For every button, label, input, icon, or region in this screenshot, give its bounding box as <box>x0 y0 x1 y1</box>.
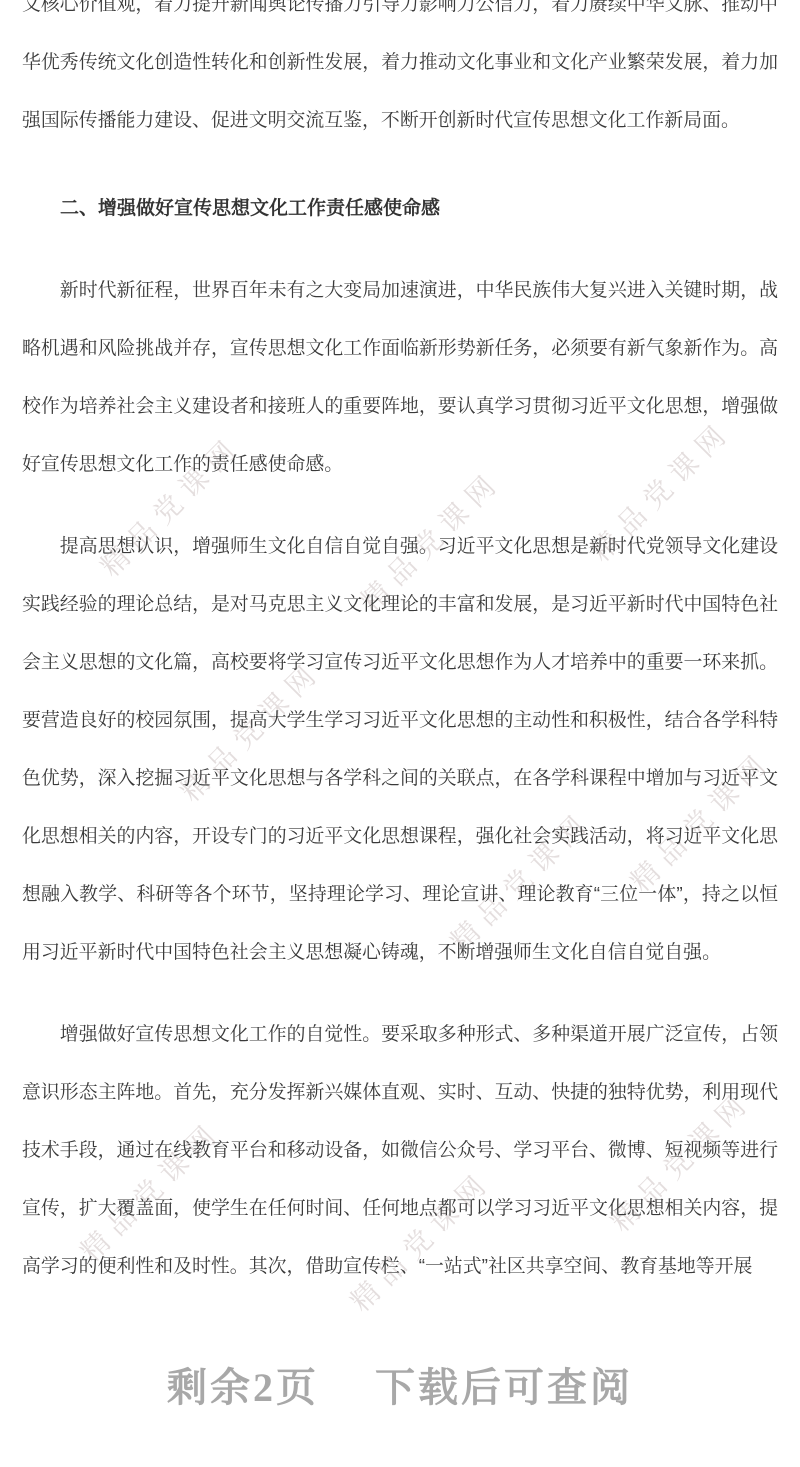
paragraph: 新时代新征程，世界百年未有之大变局加速演进，中华民族伟大复兴进入关键时期，战略机… <box>22 262 778 494</box>
download-hint-label: 下载后可查阅 <box>375 1365 633 1410</box>
preview-footer: 剩余2页下载后可查阅 <box>0 1362 800 1414</box>
paragraph: 提高思想认识，增强师生文化自信自觉自强。习近平文化思想是新时代党领导文化建设实践… <box>22 518 778 982</box>
paragraph: 增强做好宣传思想文化工作的自觉性。要采取多种形式、多种渠道开展广泛宣传，占领意识… <box>22 1006 778 1296</box>
paragraph-continued: 文核心价值观，着力提升新闻舆论传播力引导力影响力公信力，着力赓续中华文脉、推动中… <box>22 0 778 150</box>
document-body: 文核心价值观，着力提升新闻舆论传播力引导力影响力公信力，着力赓续中华文脉、推动中… <box>22 0 778 1296</box>
document-preview-page: 精品党课网精品党课网精品党课网精品党课网精品党课网精品党课网精品党课网精品党课网… <box>0 0 800 1467</box>
remaining-pages-label: 剩余2页 <box>167 1365 319 1410</box>
section-heading: 二、增强做好宣传思想文化工作责任感使命感 <box>22 180 778 238</box>
